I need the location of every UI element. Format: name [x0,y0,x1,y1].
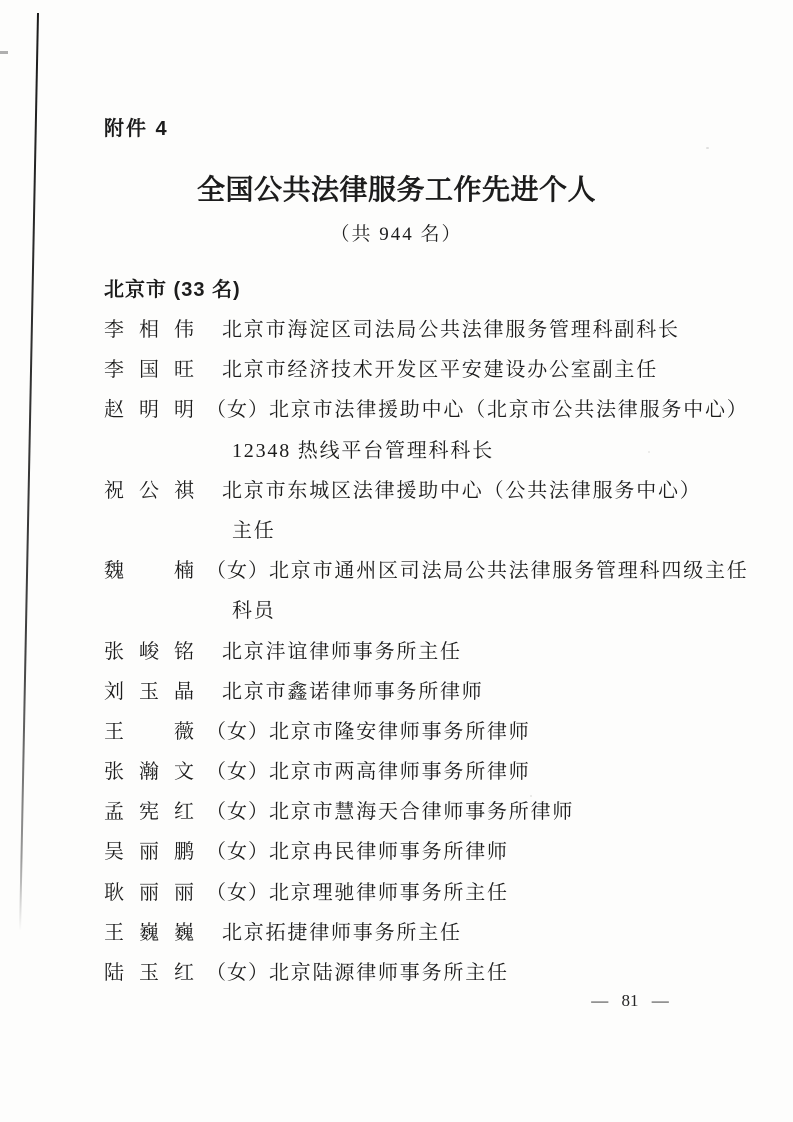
entry-name: 张瀚文 [104,752,194,792]
entry-description: 北京市法律援助中心（北京市公共法律服务中心） [269,390,749,430]
entry-name: 赵明明 [104,390,194,430]
page-number: — 81 — [560,991,700,1011]
entry-name: 孟宪红 [104,792,194,832]
entry-row: 李相伟 北京市海淀区司法局公共法律服务管理科副科长 [104,310,773,350]
entry-who: 陆玉红 （女） [104,953,269,993]
scan-edge-line [19,13,39,931]
entry-description: 北京市经济技术开发区平安建设办公室副主任 [222,350,658,390]
entry-name: 耿丽丽 [104,873,194,913]
entry-gender-label: （女） [206,832,269,872]
entry-description: 北京理驰律师事务所主任 [269,873,509,913]
entry-row: 张峻铭 北京沣谊律师事务所主任 [104,632,773,672]
entry-who: 李国旺 [104,350,222,390]
entry-row: 张瀚文 （女） 北京市两高律师事务所律师 [104,752,773,792]
scanned-document-page: 附件 4 全国公共法律服务工作先进个人 （共 944 名） 北京市 (33 名)… [0,0,793,1122]
entry-name: 陆玉红 [104,953,194,993]
entry-row: 王巍巍 北京拓捷律师事务所主任 [104,913,773,953]
entry-name: 张峻铭 [104,632,194,672]
entry-who: 王 薇 （女） [104,712,269,752]
scan-speck [706,147,709,149]
entry-description: 北京冉民律师事务所律师 [269,832,509,872]
entry-who: 张峻铭 [104,632,222,672]
entry-row: 孟宪红 （女） 北京市慧海天合律师事务所律师 [104,792,773,832]
section-heading-beijing: 北京市 (33 名) [104,273,241,302]
entry-gender-label: （女） [206,390,269,430]
entry-row: 陆玉红 （女） 北京陆源律师事务所主任 [104,953,773,993]
entry-list: 李相伟 北京市海淀区司法局公共法律服务管理科副科长 李国旺 北京市经济技术开发区… [104,310,773,993]
entry-description: 北京市鑫诺律师事务所律师 [222,672,484,712]
entry-description: 北京市两高律师事务所律师 [269,752,531,792]
entry-row: 刘玉晶 北京市鑫诺律师事务所律师 [104,672,773,712]
scan-edge-mark [0,51,8,54]
entry-row: 吴丽鹏 （女） 北京冉民律师事务所律师 [104,832,773,872]
entry-gender-label: （女） [206,792,269,832]
entry-description: 北京市通州区司法局公共法律服务管理科四级主任 [269,551,749,591]
entry-row: 王 薇 （女） 北京市隆安律师事务所律师 [104,712,773,752]
entry-name: 王巍巍 [104,913,194,953]
entry-description: 北京市东城区法律援助中心（公共法律服务中心） [222,471,702,511]
entry-name: 魏 楠 [104,551,194,591]
entry-who: 李相伟 [104,310,222,350]
entry-name: 李国旺 [104,350,194,390]
entry-description: 北京市海淀区司法局公共法律服务管理科副科长 [222,310,680,350]
entry-description: 北京市隆安律师事务所律师 [269,712,531,752]
entry-description-continuation: 主任 [104,511,773,551]
entry-who: 王巍巍 [104,913,222,953]
document-title: 全国公共法律服务工作先进个人 [0,168,793,208]
entry-row: 李国旺 北京市经济技术开发区平安建设办公室副主任 [104,350,773,390]
entry-who: 赵明明 （女） [104,390,269,430]
entry-gender-label: （女） [206,873,269,913]
entry-description: 北京市慧海天合律师事务所律师 [269,792,574,832]
entry-who: 耿丽丽 （女） [104,873,269,913]
entry-who: 祝公祺 [104,471,222,511]
entry-description: 北京沣谊律师事务所主任 [222,632,462,672]
entry-description: 北京陆源律师事务所主任 [269,953,509,993]
entry-gender-label: （女） [206,953,269,993]
entry-row: 赵明明 （女） 北京市法律援助中心（北京市公共法律服务中心） 12348 热线平… [104,390,773,470]
entry-description-continuation: 12348 热线平台管理科科长 [104,431,773,471]
entry-name: 刘玉晶 [104,672,194,712]
entry-description: 北京拓捷律师事务所主任 [222,913,462,953]
entry-name: 吴丽鹏 [104,832,194,872]
document-subtitle: （共 944 名） [0,219,793,246]
entry-description-continuation: 科员 [104,591,773,631]
entry-who: 张瀚文 （女） [104,752,269,792]
entry-who: 吴丽鹏 （女） [104,832,269,872]
entry-who: 刘玉晶 [104,672,222,712]
entry-row: 魏 楠 （女） 北京市通州区司法局公共法律服务管理科四级主任 科员 [104,551,773,631]
attachment-label: 附件 4 [104,112,169,141]
entry-row: 祝公祺 北京市东城区法律援助中心（公共法律服务中心） 主任 [104,471,773,551]
entry-name: 祝公祺 [104,471,194,511]
entry-gender-label: （女） [206,712,269,752]
entry-gender-label: （女） [206,551,269,591]
entry-row: 耿丽丽 （女） 北京理驰律师事务所主任 [104,873,773,913]
entry-who: 魏 楠 （女） [104,551,269,591]
entry-name: 王 薇 [104,712,194,752]
entry-name: 李相伟 [104,310,194,350]
entry-who: 孟宪红 （女） [104,792,269,832]
entry-gender-label: （女） [206,752,269,792]
